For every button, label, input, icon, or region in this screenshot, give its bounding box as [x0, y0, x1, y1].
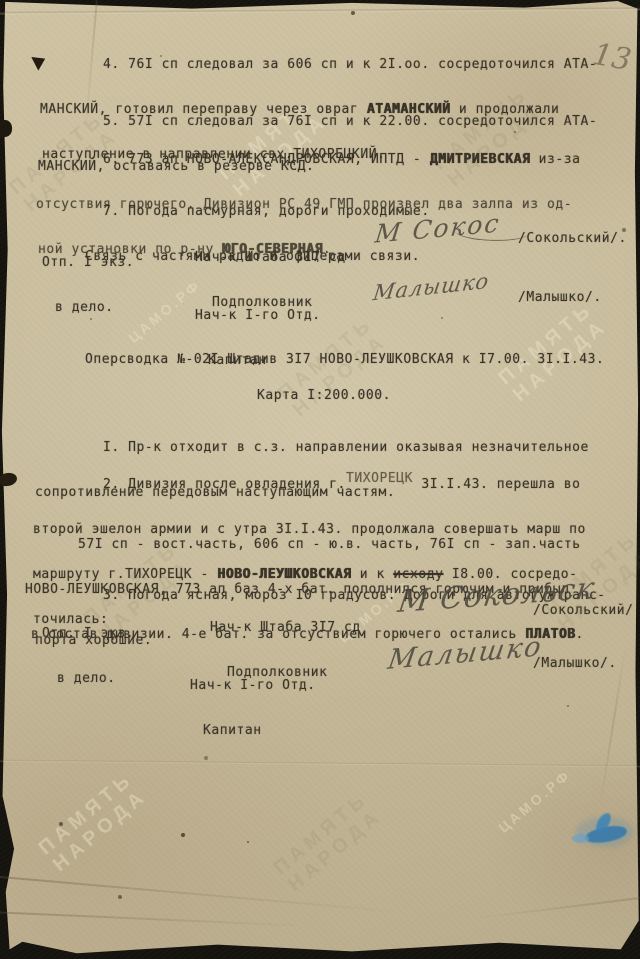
- blue-ink-blot-tail: [572, 834, 589, 843]
- copies-note: Отп. I экз.: [42, 626, 134, 641]
- chief-of-staff-typed-name-1: /Сокольский/.: [518, 231, 627, 246]
- pencil-sheet-number: 13: [590, 37, 634, 78]
- dept-chief-typed-name-2: /Малышко/.: [533, 656, 617, 671]
- report-heading: Оперсводка №-02I Штадив 3I7 НОВО-ЛЕУШКОВ…: [85, 352, 604, 367]
- paragraph-7-line1: 7. Погода пасмурная, дороги проходимые.: [103, 204, 430, 219]
- paragraph-2-line1: 2. Дивизия после овладения г.ТИХОРЕЦК 3I…: [103, 477, 586, 492]
- copies-note: Отп. I экз.: [42, 255, 134, 270]
- attestation-block-1: Отп. I экз. в дело.: [42, 225, 134, 330]
- paragraph-6-line1: 6. 773 ап НОВО-АЛЕКСАНДРОВСКАЯ, ИПТД - Д…: [103, 152, 581, 167]
- attestation-block-2: Отп. I экз. в дело.: [42, 596, 134, 701]
- map-scale-line: Карта I:200.000.: [257, 388, 391, 403]
- paragraph-2-line5: 57I сп - вост.часть, 606 сп - ю.в. часть…: [78, 537, 584, 552]
- paragraph-4-line1: 4. 76I сп следовал за 606 сп и к 2I.оо. …: [103, 57, 597, 72]
- dept-chief-title-1: Нач-к I-го Отд. Капитан: [195, 278, 321, 383]
- to-file-note: в дело.: [57, 671, 134, 686]
- paper-specks: [0, 0, 2, 2]
- document-scan-page: { "sheet": { "page_number": "13" }, "wat…: [0, 0, 640, 959]
- to-file-note: в дело.: [55, 300, 134, 315]
- dept-chief-title-2: Нач-к I-го Отд. Капитан: [190, 648, 316, 753]
- dept-chief-typed-name-1: /Малышко/.: [518, 290, 602, 305]
